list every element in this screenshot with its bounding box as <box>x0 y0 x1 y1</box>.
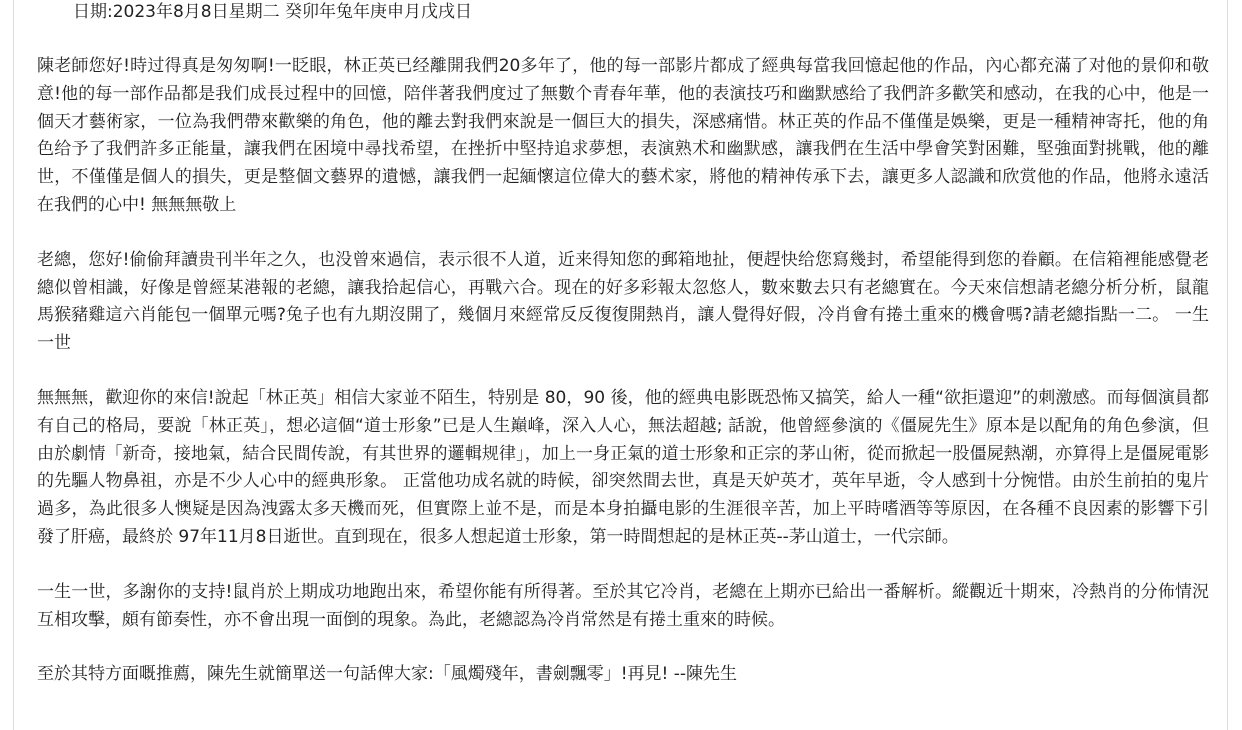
date-line: 日期:2023年8月8日星期二 癸卯年兔年庚申月戊戌日 <box>73 0 472 24</box>
letter-paragraph-1: 陳老師您好!時过得真是匆匆啊!一眨眼，林正英已经離開我們20多年了，他的每一部影… <box>37 53 1209 220</box>
reply-paragraph-1: 無無無，歡迎你的來信!說起「林正英」相信大家並不陌生，特别是 80，90 後，他… <box>37 385 1209 552</box>
closing-paragraph: 至於其特方面嘅推薦，陳先生就簡單送一句話俾大家:「風燭殘年，書劍飄零」!再見! … <box>37 661 1209 689</box>
article-body: 陳老師您好!時过得真是匆匆啊!一眨眼，林正英已经離開我們20多年了，他的每一部影… <box>37 53 1209 716</box>
reply-paragraph-2: 一生一世，多謝你的支持!鼠肖於上期成功地跑出來，希望你能有所得著。至於其它冷肖，… <box>37 579 1209 635</box>
letter-paragraph-2: 老總，您好!偷偷拜讀贵刊半年之久，也没曾來過信，表示很不人道，近来得知您的郵箱地… <box>37 247 1209 358</box>
